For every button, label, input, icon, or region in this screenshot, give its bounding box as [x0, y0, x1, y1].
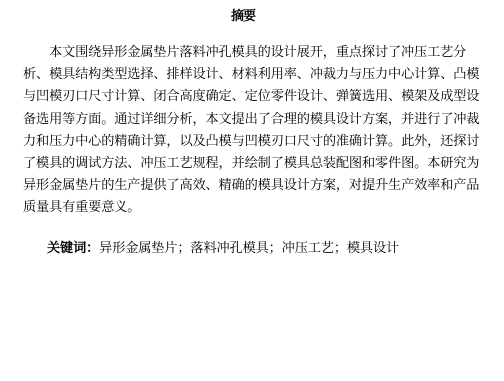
abstract-line: 与凹模刃口尺寸计算、闭合高度确定、定位零件设计、弹簧选用、模架及成型设	[23, 86, 439, 108]
abstract-line: 了模具的调试方法、冲压工艺规程，并绘制了模具总装配图和零件图。本研究为	[23, 153, 439, 175]
abstract-line: 力和压力中心的精确计算，以及凸模与凹模刃口尺寸的准确计算。此外，还探讨	[23, 131, 439, 153]
abstract-line: 质量具有重要意义。	[23, 197, 439, 219]
abstract-body: 本文围绕异形金属垫片落料冲孔模具的设计展开，重点探讨了冲压工艺分 析、模具结构类…	[23, 42, 439, 220]
keywords-label: 关键词：	[47, 241, 99, 256]
abstract-line: 本文围绕异形金属垫片落料冲孔模具的设计展开，重点探讨了冲压工艺分	[23, 42, 439, 64]
abstract-line: 备选用等方面。通过详细分析，本文提出了合理的模具设计方案，并进行了冲裁	[23, 109, 439, 131]
abstract-line: 析、模具结构类型选择、排样设计、材料利用率、冲裁力与压力中心计算、凸模	[23, 64, 439, 86]
abstract-line: 异形金属垫片的生产提供了高效、精确的模具设计方案，对提升生产效率和产品	[23, 175, 439, 197]
keywords-line: 关键词：异形金属垫片；落料冲孔模具；冲压工艺；模具设计	[47, 240, 399, 258]
abstract-title: 摘要	[0, 9, 486, 25]
keywords-value: 异形金属垫片；落料冲孔模具；冲压工艺；模具设计	[99, 241, 399, 256]
